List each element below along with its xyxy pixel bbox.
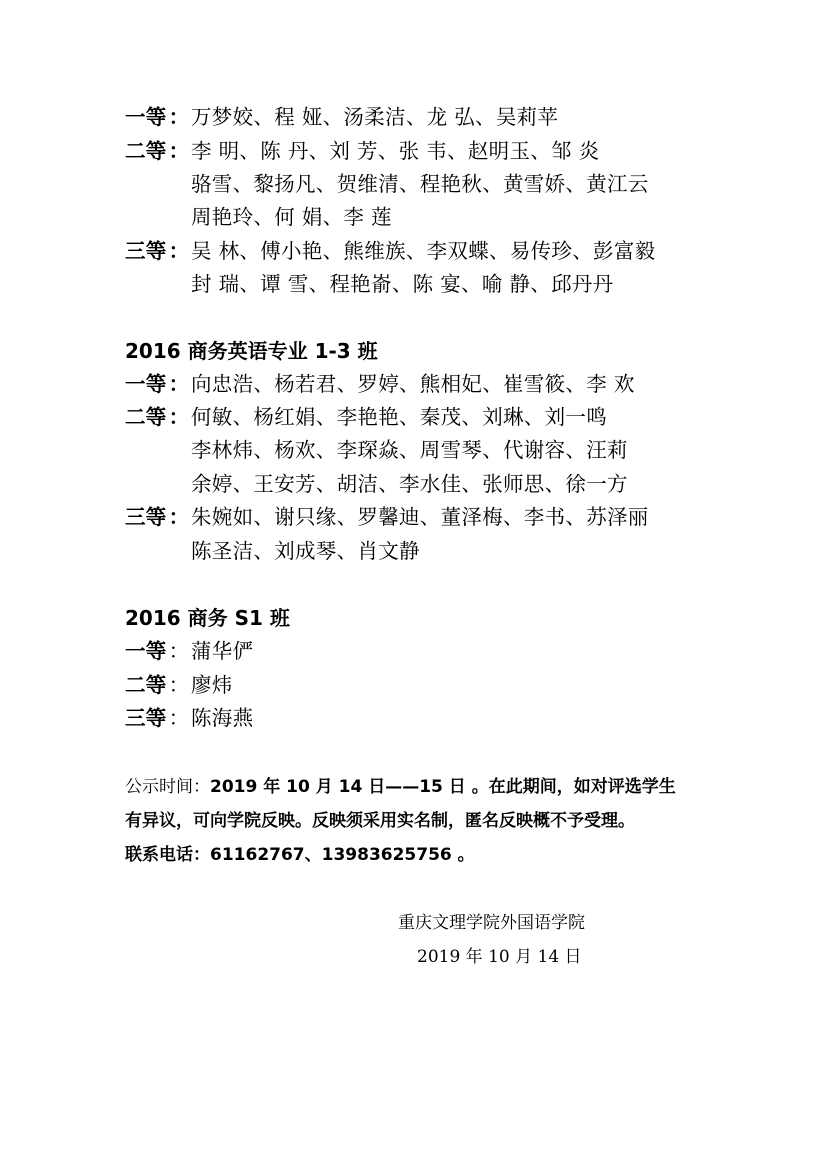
name-list: 向忠浩、杨若君、罗婷、熊相妃、崔雪筱、李 欢 <box>191 368 635 401</box>
name-list-continued: 封 瑞、谭 雪、程艳嵛、陈 宴、喻 静、邱丹丹 <box>191 268 613 301</box>
notice-contact: 联系电话：61162767、13983625756 。 <box>125 838 475 872</box>
notice-prefix: 公示时间： <box>125 777 210 797</box>
name-list: 吴 林、傅小艳、熊维族、李双蝶、易传珍、彭富毅 <box>191 235 655 268</box>
name-list: 何敏、杨红娟、李艳艳、秦茂、刘琳、刘一鸣 <box>191 401 607 434</box>
colon: ： <box>169 639 190 663</box>
name-list-continued: 李林炜、杨欢、李琛焱、周雪琴、代谢容、汪莉 <box>191 434 628 467</box>
award-label: 二等 <box>125 405 167 429</box>
award-row-third: 三等：陈海燕 <box>125 702 253 735</box>
award-row-third: 三等：朱婉如、谢只缘、罗馨迪、董泽梅、李书、苏泽丽 <box>125 501 649 534</box>
class-heading: 2016 商务英语专业 1-3 班 <box>125 335 378 368</box>
award-label: 二等 <box>125 139 167 163</box>
signature-org: 重庆文理学院外国语学院 <box>398 908 585 933</box>
colon: ： <box>169 405 190 429</box>
notice-period: 2019 年 10 月 14 日——15 日 。在此期间，如对评选学生 <box>210 777 676 797</box>
name-list-continued: 陈圣洁、刘成琴、肖文静 <box>191 535 420 568</box>
name-list: 廖炜 <box>191 669 233 702</box>
award-label: 一等 <box>125 372 167 396</box>
award-row-first: 一等：向忠浩、杨若君、罗婷、熊相妃、崔雪筱、李 欢 <box>125 368 635 401</box>
colon: ： <box>169 139 190 163</box>
award-label: 一等 <box>125 105 167 129</box>
colon: ： <box>169 105 190 129</box>
award-row-first: 一等：万梦姣、程 娅、汤柔洁、龙 弘、吴莉苹 <box>125 101 558 134</box>
award-row-second: 二等：廖炜 <box>125 669 233 702</box>
award-label: 三等 <box>125 505 167 529</box>
name-list-continued: 骆雪、黎扬凡、贺维清、程艳秋、黄雪娇、黄江云 <box>191 168 649 201</box>
award-label: 三等 <box>125 239 167 263</box>
name-list: 朱婉如、谢只缘、罗馨迪、董泽梅、李书、苏泽丽 <box>191 501 649 534</box>
award-label: 二等 <box>125 673 167 697</box>
award-label: 一等 <box>125 639 167 663</box>
colon: ： <box>169 372 190 396</box>
colon: ： <box>169 505 190 529</box>
notice-line-1: 公示时间：2019 年 10 月 14 日——15 日 。在此期间，如对评选学生 <box>125 770 676 804</box>
class-heading: 2016 商务 S1 班 <box>125 602 290 635</box>
name-list-continued: 余婷、王安芳、胡洁、李水佳、张师思、徐一方 <box>191 468 628 501</box>
name-list: 陈海燕 <box>191 702 253 735</box>
notice-line-2: 有异议，可向学院反映。反映须采用实名制，匿名反映概不予受理。 <box>125 804 635 838</box>
colon: ： <box>169 239 190 263</box>
signature-date: 2019 年 10 月 14 日 <box>417 942 582 967</box>
award-row-third: 三等：吴 林、傅小艳、熊维族、李双蝶、易传珍、彭富毅 <box>125 235 655 268</box>
name-list-continued: 周艳玲、何 娟、李 莲 <box>191 201 392 234</box>
name-list: 万梦姣、程 娅、汤柔洁、龙 弘、吴莉苹 <box>191 101 558 134</box>
award-row-second: 二等：李 明、陈 丹、刘 芳、张 韦、赵明玉、邹 炎 <box>125 135 599 168</box>
name-list: 李 明、陈 丹、刘 芳、张 韦、赵明玉、邹 炎 <box>191 135 599 168</box>
colon: ： <box>169 706 190 730</box>
award-row-second: 二等：何敏、杨红娟、李艳艳、秦茂、刘琳、刘一鸣 <box>125 401 607 434</box>
award-row-first: 一等：蒲华俨 <box>125 635 253 668</box>
award-label: 三等 <box>125 706 167 730</box>
name-list: 蒲华俨 <box>191 635 253 668</box>
colon: ： <box>169 673 190 697</box>
